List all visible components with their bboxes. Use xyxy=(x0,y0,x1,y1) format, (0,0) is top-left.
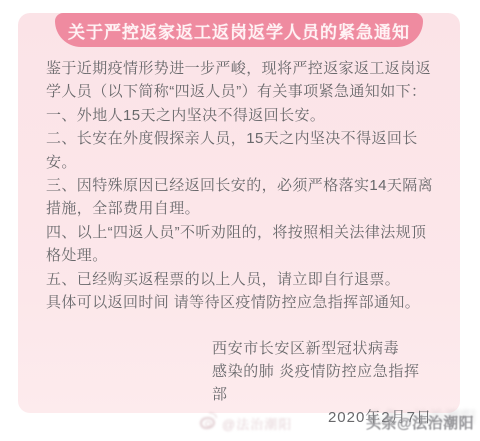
notice-paragraph-item-5: 五、已经购买返程票的以上人员，请立即自行退票。 xyxy=(46,268,452,291)
title-banner: 关于严控返家返工返岗返学人员的紧急通知 xyxy=(55,13,423,47)
notice-card: 关于严控返家返工返岗返学人员的紧急通知 鉴于近期疫情形势进一步严峻，现将严控返家… xyxy=(18,13,460,413)
notice-paragraph-item-3: 三、因特殊原因已经返回长安的，必须严格落实14天隔离 措施，全部费用自理。 xyxy=(46,174,452,221)
notice-paragraph-outro: 具体可以返回时间 请等待区疫情防控应急指挥部通知。 xyxy=(46,291,452,314)
toutiao-watermark: 头条@法治潮阳 xyxy=(366,412,474,433)
weibo-icon xyxy=(199,416,216,431)
notice-paragraph-item-4: 四、以上“四返人员”不听劝阻的，将按照相关法律法规顶 格处理。 xyxy=(46,221,452,268)
weibo-watermark-handle: @法治潮阳 xyxy=(222,414,292,433)
signature-org-line-2: 感染的肺 炎疫情防控应急指挥部 xyxy=(212,360,432,406)
weibo-watermark: @法治潮阳 xyxy=(200,413,292,433)
notice-page: 关于严控返家返工返岗返学人员的紧急通知 鉴于近期疫情形势进一步严峻，现将严控返家… xyxy=(0,0,480,441)
notice-paragraph-intro: 鉴于近期疫情形势进一步严峻，现将严控返家返工返岗返 学人员（以下简称“四返人员”… xyxy=(46,57,452,104)
signature-org-line-1: 西安市长安区新型冠状病毒 xyxy=(212,337,432,360)
notice-title: 关于严控返家返工返岗返学人员的紧急通知 xyxy=(68,18,410,43)
notice-paragraph-item-1: 一、外地人15天之内坚决不得返回长安。 xyxy=(46,104,452,127)
notice-body: 鉴于近期疫情形势进一步严峻，现将严控返家返工返岗返 学人员（以下简称“四返人员”… xyxy=(46,57,452,314)
notice-paragraph-item-2: 二、长安在外度假探亲人员，15天之内坚决不得返回长 安。 xyxy=(46,127,452,174)
